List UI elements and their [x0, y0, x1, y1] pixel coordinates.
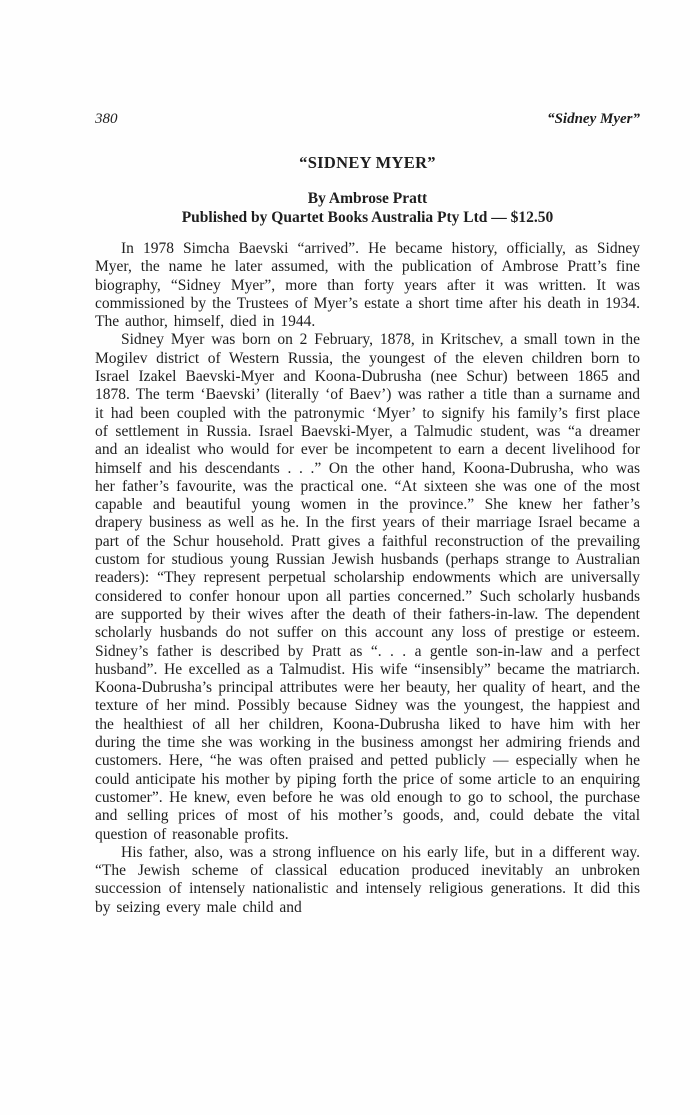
- review-body: In 1978 Simcha Baevski “arrived”. He bec…: [95, 240, 640, 917]
- body-paragraph-2: Sidney Myer was born on 2 February, 1878…: [95, 331, 640, 843]
- page-number: 380: [95, 110, 118, 128]
- body-paragraph-3: His father, also, was a strong influence…: [95, 844, 640, 917]
- byline-block: By Ambrose Pratt Published by Quartet Bo…: [95, 190, 640, 227]
- running-header: 380 “Sidney Myer”: [95, 110, 640, 128]
- body-paragraph-1: In 1978 Simcha Baevski “arrived”. He bec…: [95, 240, 640, 331]
- byline: By Ambrose Pratt: [95, 190, 640, 209]
- book-page: 380 “Sidney Myer” “SIDNEY MYER” By Ambro…: [0, 0, 700, 1115]
- running-header-title: “Sidney Myer”: [547, 110, 640, 128]
- publisher-line: Published by Quartet Books Australia Pty…: [95, 209, 640, 228]
- page-title: “SIDNEY MYER”: [95, 153, 640, 173]
